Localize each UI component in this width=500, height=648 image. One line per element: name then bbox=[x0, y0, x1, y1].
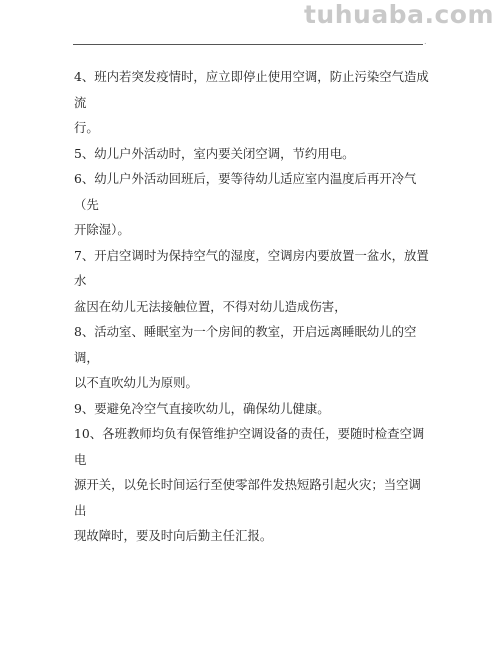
item-10-line-1: 10、各班教师均负有保管维护空调设备的责任，要随时检查空调电 bbox=[74, 421, 430, 472]
item-8-line-1: 8、活动室、睡眠室为一个房间的教室，开启远离睡眠幼儿的空调， bbox=[74, 319, 430, 370]
item-8-line-2: 以不直吹幼儿为原则。 bbox=[74, 370, 430, 396]
item-10-line-2: 源开关，以免长时间运行至使零部件发热短路引起火灾；当空调出 bbox=[74, 472, 430, 523]
watermark: tuhuaba.com bbox=[304, 0, 494, 29]
item-10-line-3: 现故障时，要及时向后勤主任汇报。 bbox=[74, 523, 430, 549]
header-mark: . bbox=[424, 37, 427, 46]
item-9-line-1: 9、要避免冷空气直接吹幼儿，确保幼儿健康。 bbox=[74, 396, 430, 422]
item-4-line-1: 4、班内若突发疫情时，应立即停止使用空调，防止污染空气造成流 bbox=[74, 64, 430, 115]
header-rule bbox=[73, 44, 423, 45]
item-5-line-1: 5、幼儿户外活动时，室内要关闭空调，节约用电。 bbox=[74, 141, 430, 167]
document-body: 4、班内若突发疫情时，应立即停止使用空调，防止污染空气造成流 行。 5、幼儿户外… bbox=[74, 64, 430, 549]
item-6-line-1: 6、幼儿户外活动回班后，要等待幼儿适应室内温度后再开冷气（先 bbox=[74, 166, 430, 217]
item-7-line-1: 7、开启空调时为保持空气的湿度，空调房内要放置一盆水，放置水 bbox=[74, 243, 430, 294]
item-4-line-2: 行。 bbox=[74, 115, 430, 141]
item-7-line-2: 盆因在幼儿无法接触位置，不得对幼儿造成伤害， bbox=[74, 294, 430, 320]
item-6-line-2: 开除湿）。 bbox=[74, 217, 430, 243]
